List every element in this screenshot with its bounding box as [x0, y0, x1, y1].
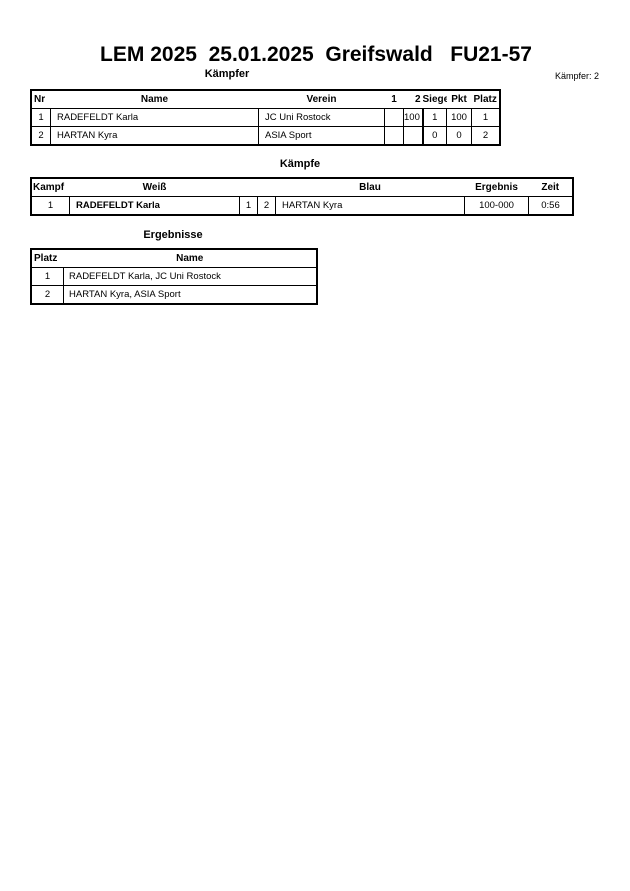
fight-time: 0:56: [529, 197, 573, 215]
col-white: Weiß: [70, 179, 240, 197]
fight-number: 1: [32, 197, 70, 215]
col-fight: Kampf: [32, 179, 70, 197]
result-name: RADEFELDT Karla, JC Uni Rostock: [64, 268, 317, 286]
fighter-points: 0: [447, 127, 472, 145]
results-header-row: Platz Name: [32, 250, 317, 268]
table-row: 2 HARTAN Kyra, ASIA Sport: [32, 286, 317, 304]
fighter-round-2: [404, 127, 423, 145]
fight-white-nr: 1: [240, 197, 258, 215]
fighter-wins: 0: [423, 127, 447, 145]
fight-white-fighter: RADEFELDT Karla: [70, 197, 240, 215]
results-table: Platz Name 1 RADEFELDT Karla, JC Uni Ros…: [31, 249, 317, 304]
col-spacer: [258, 179, 276, 197]
fights-table: Kampf Weiß Blau Ergebnis Zeit 1 RADEFELD…: [31, 178, 573, 215]
col-round-1: 1: [385, 91, 404, 109]
fighters-table: Nr Name Verein 1 2 Siege Pkt Platz 1 RAD…: [31, 90, 500, 145]
fighter-points: 100: [447, 109, 472, 127]
result-place: 2: [32, 286, 64, 304]
table-row: 1 RADEFELDT Karla, JC Uni Rostock: [32, 268, 317, 286]
fighter-nr: 2: [32, 127, 51, 145]
page-title: LEM 2025 25.01.2025 Greifswald FU21-57: [0, 43, 630, 67]
fighter-round-1: [385, 127, 404, 145]
col-club: Verein: [259, 91, 385, 109]
results-section-title: Ergebnisse: [123, 229, 223, 241]
table-row: 1 RADEFELDT Karla 1 2 HARTAN Kyra 100-00…: [32, 197, 573, 215]
col-blue: Blau: [276, 179, 465, 197]
col-time: Zeit: [529, 179, 573, 197]
col-result-place: Platz: [32, 250, 64, 268]
fights-section-title: Kämpfe: [250, 158, 350, 170]
result-place: 1: [32, 268, 64, 286]
fighter-count: Kämpfer: 2: [555, 71, 599, 81]
result-name: HARTAN Kyra, ASIA Sport: [64, 286, 317, 304]
col-name: Name: [51, 91, 259, 109]
fighter-name: HARTAN Kyra: [51, 127, 259, 145]
fight-blue-fighter: HARTAN Kyra: [276, 197, 465, 215]
fighter-round-1: [385, 109, 404, 127]
fighter-wins: 1: [423, 109, 447, 127]
fighter-nr: 1: [32, 109, 51, 127]
fights-header-row: Kampf Weiß Blau Ergebnis Zeit: [32, 179, 573, 197]
fighter-place: 1: [472, 109, 500, 127]
col-result: Ergebnis: [465, 179, 529, 197]
fighter-round-2: 100: [404, 109, 423, 127]
col-spacer: [240, 179, 258, 197]
fighter-club: ASIA Sport: [259, 127, 385, 145]
fight-result: 100-000: [465, 197, 529, 215]
col-wins: Siege: [423, 91, 447, 109]
fight-blue-nr: 2: [258, 197, 276, 215]
fighter-club: JC Uni Rostock: [259, 109, 385, 127]
fighters-header-row: Nr Name Verein 1 2 Siege Pkt Platz: [32, 91, 500, 109]
fighter-place: 2: [472, 127, 500, 145]
fighter-name: RADEFELDT Karla: [51, 109, 259, 127]
table-row: 2 HARTAN Kyra ASIA Sport 0 0 2: [32, 127, 500, 145]
fighters-section-title: Kämpfer: [177, 68, 277, 80]
col-nr: Nr: [32, 91, 51, 109]
col-result-name: Name: [64, 250, 317, 268]
col-points: Pkt: [447, 91, 472, 109]
table-row: 1 RADEFELDT Karla JC Uni Rostock 100 1 1…: [32, 109, 500, 127]
col-round-2: 2: [404, 91, 423, 109]
col-place: Platz: [472, 91, 500, 109]
